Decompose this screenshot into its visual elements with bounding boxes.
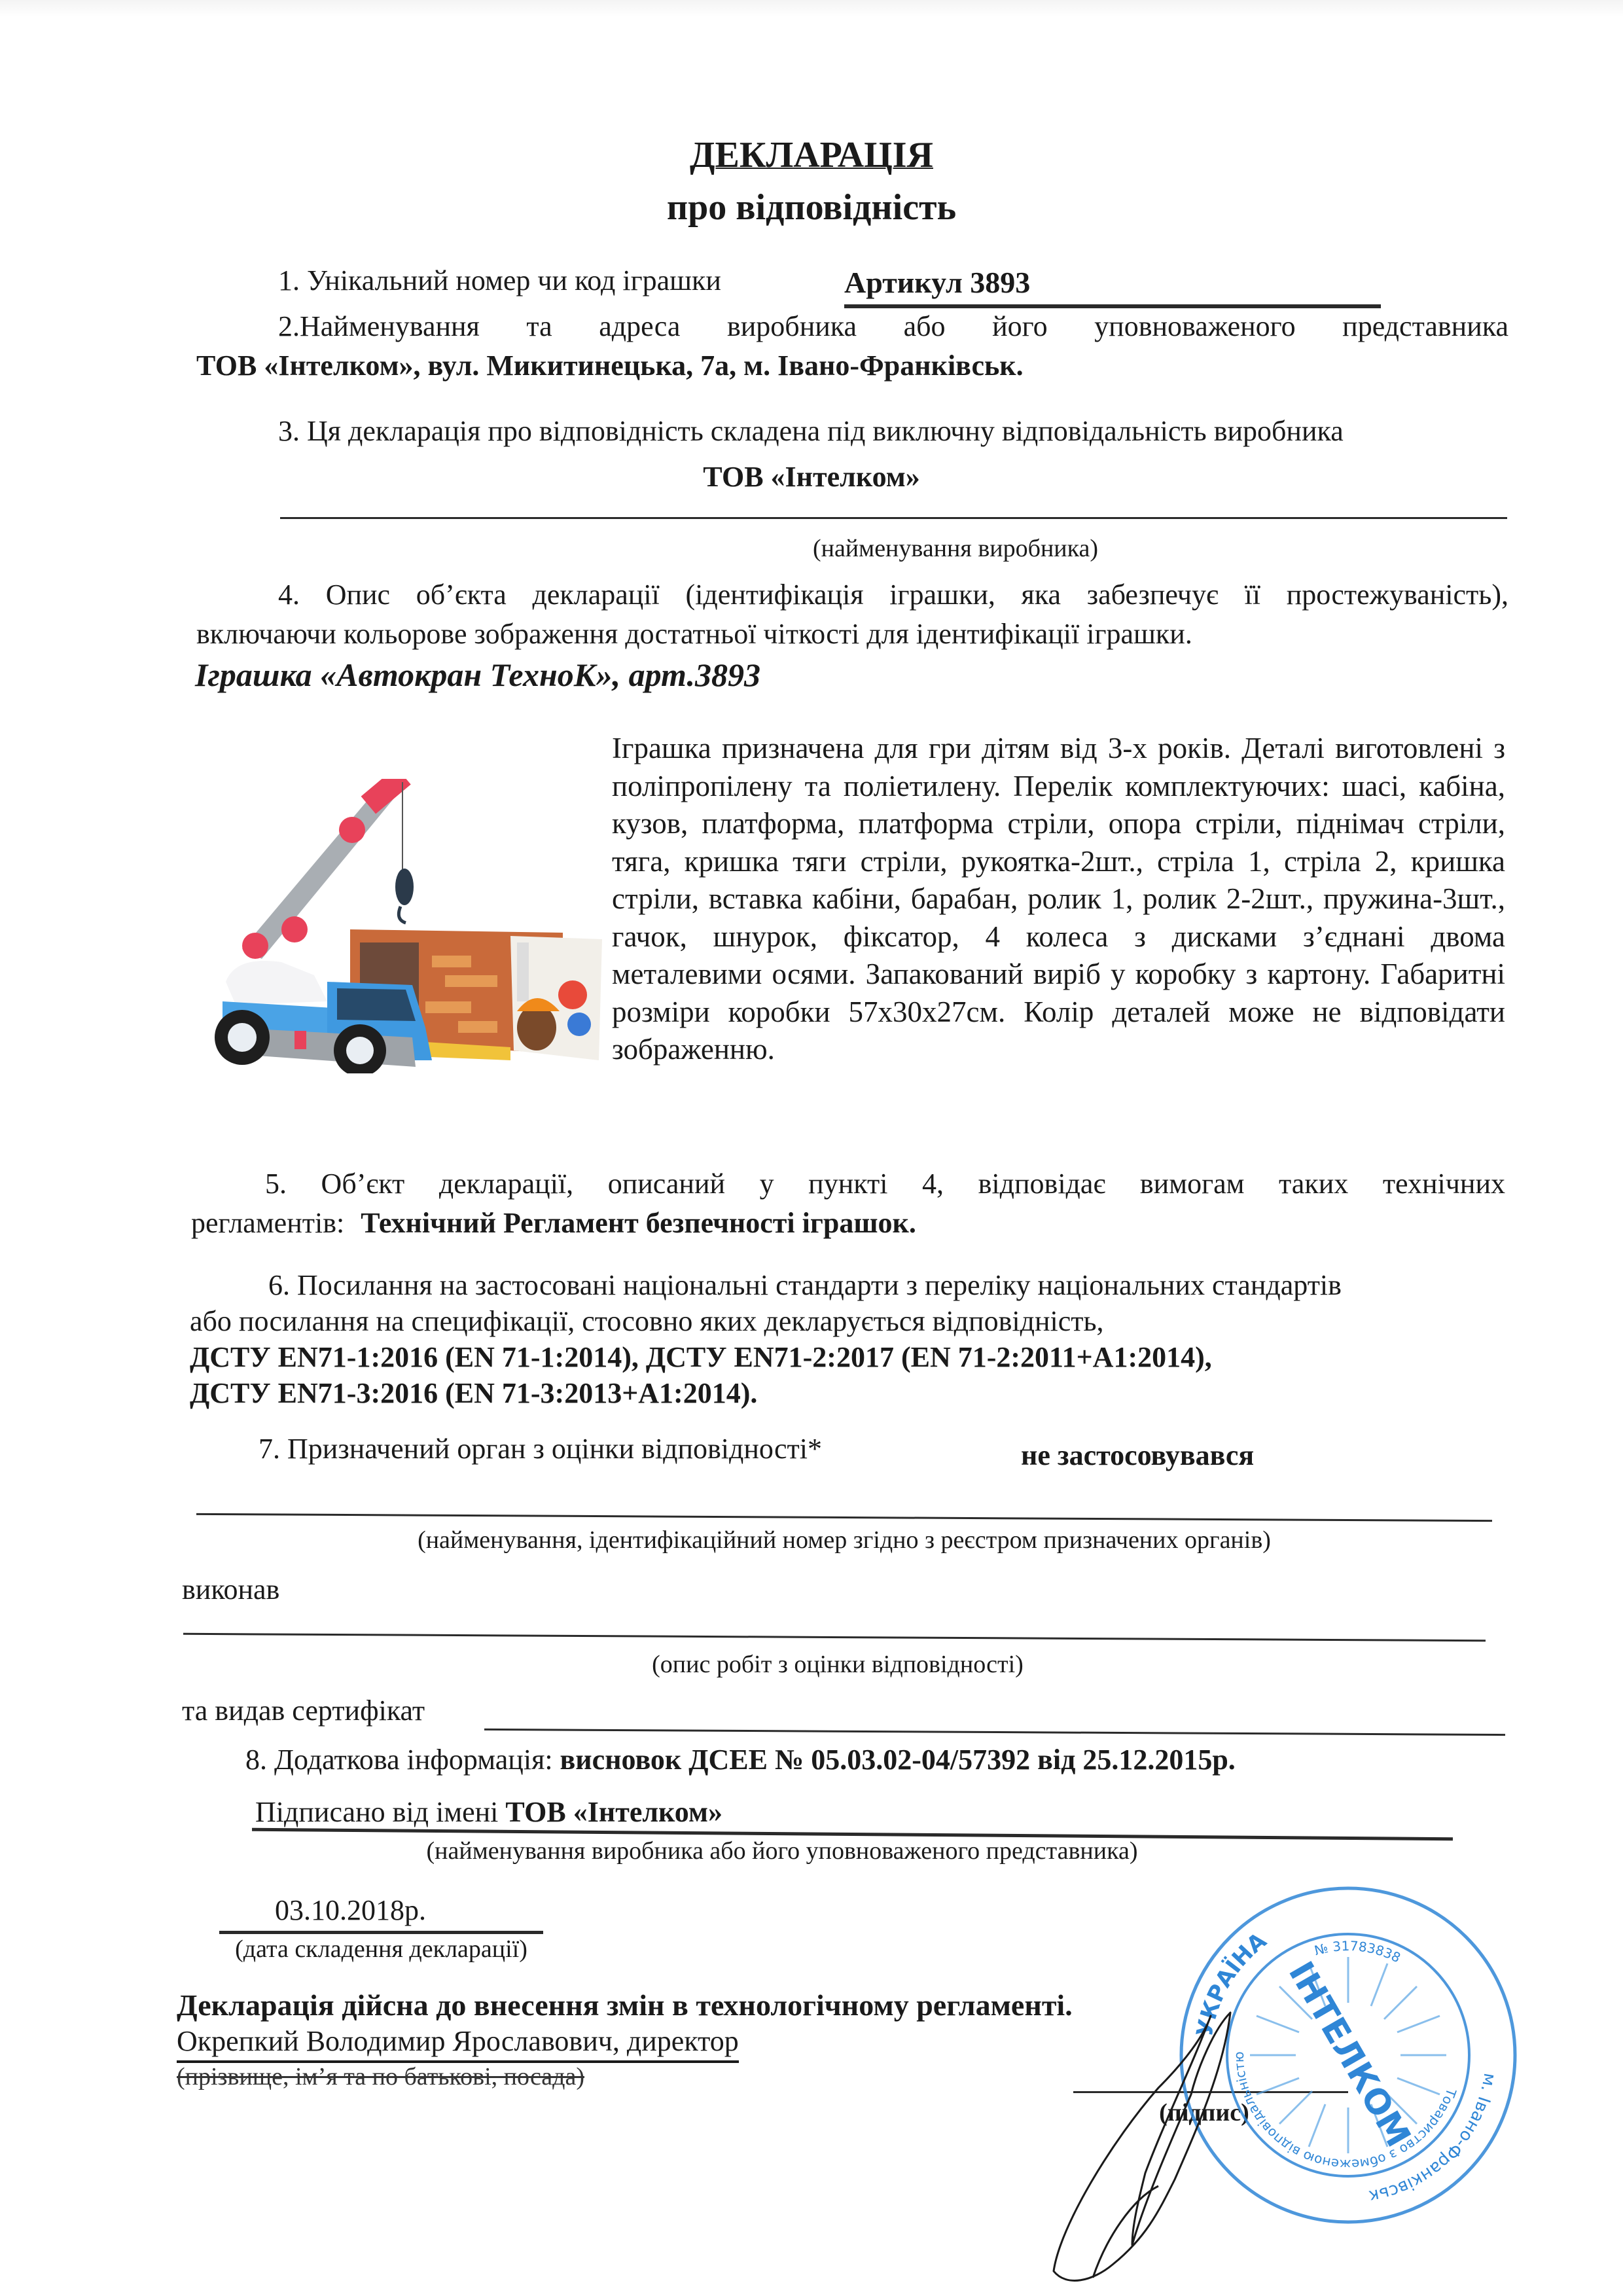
section-5-value: Технічний Регламент безпечності іграшок. — [361, 1207, 916, 1239]
toy-description: Іграшка призначена для гри дітям від 3-х… — [612, 730, 1505, 1069]
section-6-label-2: або посилання на специфікації, стосовно … — [190, 1302, 1104, 1340]
signatory-name: Окрепкий Володимир Ярославович, директор — [177, 2022, 739, 2063]
document-subtitle: про відповідність — [0, 187, 1623, 228]
signed-prefix: Підписано від імені — [255, 1796, 498, 1828]
section-7-label: 7. Призначений орган з оцінки відповідно… — [259, 1430, 822, 1468]
section-5-label-1: 5. Об’єкт декларації, описаний у пункті … — [265, 1165, 1505, 1203]
signatory-caption: (прізвище, ім’я та по батькові, посада) — [177, 2062, 584, 2092]
section-8: 8. Додаткова інформація: висновок ДСЕЕ №… — [245, 1741, 1236, 1779]
section-3-rule — [280, 517, 1507, 519]
scan-edge — [0, 0, 1623, 17]
crane-truck-image — [196, 779, 602, 1073]
section-5-prefix: регламентів: — [191, 1207, 344, 1239]
section-5-label-2: регламентів: Технічний Регламент безпечн… — [191, 1204, 916, 1242]
section-1-value: Артикул 3893 — [844, 264, 1030, 302]
certificate-label: та видав сертифікат — [182, 1692, 425, 1730]
section-3-caption: (найменування виробника) — [753, 533, 1158, 564]
section-7-value: не застосовувався — [1021, 1437, 1254, 1475]
toy-photo — [196, 779, 602, 1073]
section-7-rule-2 — [183, 1633, 1486, 1641]
signed-by: Підписано від імені ТОВ «Інтелком» — [255, 1793, 722, 1831]
section-3-label: 3. Ця декларація про відповідність склад… — [278, 412, 1344, 450]
section-6-label-1: 6. Посилання на застосовані національні … — [268, 1266, 1342, 1304]
performed-label: виконав — [182, 1571, 279, 1609]
signatory-name-text: Окрепкий Володимир Ярославович, директор — [177, 2022, 739, 2063]
section-7-rule-1 — [196, 1513, 1492, 1522]
document-title: ДЕКЛАРАЦІЯ — [0, 134, 1623, 176]
section-2-value: ТОВ «Інтелком», вул. Микитинецька, 7а, м… — [196, 347, 1024, 385]
signed-company: ТОВ «Інтелком» — [505, 1796, 722, 1828]
product-name: Іграшка «Автокран ТехноК», арт.3893 — [195, 656, 760, 694]
section-4-label-1: 4. Опис об’єкта декларації (ідентифікаці… — [278, 576, 1508, 614]
signed-caption: (найменування виробника або його уповнов… — [389, 1836, 1175, 1866]
certificate-rule — [484, 1729, 1505, 1736]
section-1: 1. Унікальний номер чи код іграшки — [278, 262, 721, 300]
section-2-label: 2.Найменування та адреса виробника або й… — [278, 308, 1508, 346]
section-4-label-2: включаючи кольорове зображення достатньо… — [196, 615, 1192, 653]
signature-scribble-icon — [1034, 1990, 1329, 2291]
date-caption: (дата складення декларації) — [219, 1934, 543, 1964]
standards-line-2: ДСТУ EN71-3:2016 (EN 71-3:2013+А1:2014). — [190, 1374, 757, 1412]
section-7-caption-2: (опис робіт з оцінки відповідності) — [628, 1649, 1047, 1679]
section-3-value: ТОВ «Інтелком» — [0, 458, 1623, 496]
validity-statement: Декларація дійсна до внесення змін в тех… — [177, 1986, 1073, 2024]
declaration-date: 03.10.2018р. — [275, 1892, 426, 1929]
standards-line-1: ДСТУ EN71-1:2016 (EN 71-1:2014), ДСТУ EN… — [190, 1338, 1212, 1376]
section-1-label: 1. Унікальний номер чи код іграшки — [278, 264, 721, 296]
handwritten-signature — [1034, 1990, 1329, 2291]
section-8-value: висновок ДСЕЕ № 05.03.02-04/57392 від 25… — [560, 1744, 1236, 1776]
section-8-label: 8. Додаткова інформація: — [245, 1744, 553, 1776]
section-7-caption-1: (найменування, ідентифікаційний номер зг… — [373, 1525, 1315, 1555]
